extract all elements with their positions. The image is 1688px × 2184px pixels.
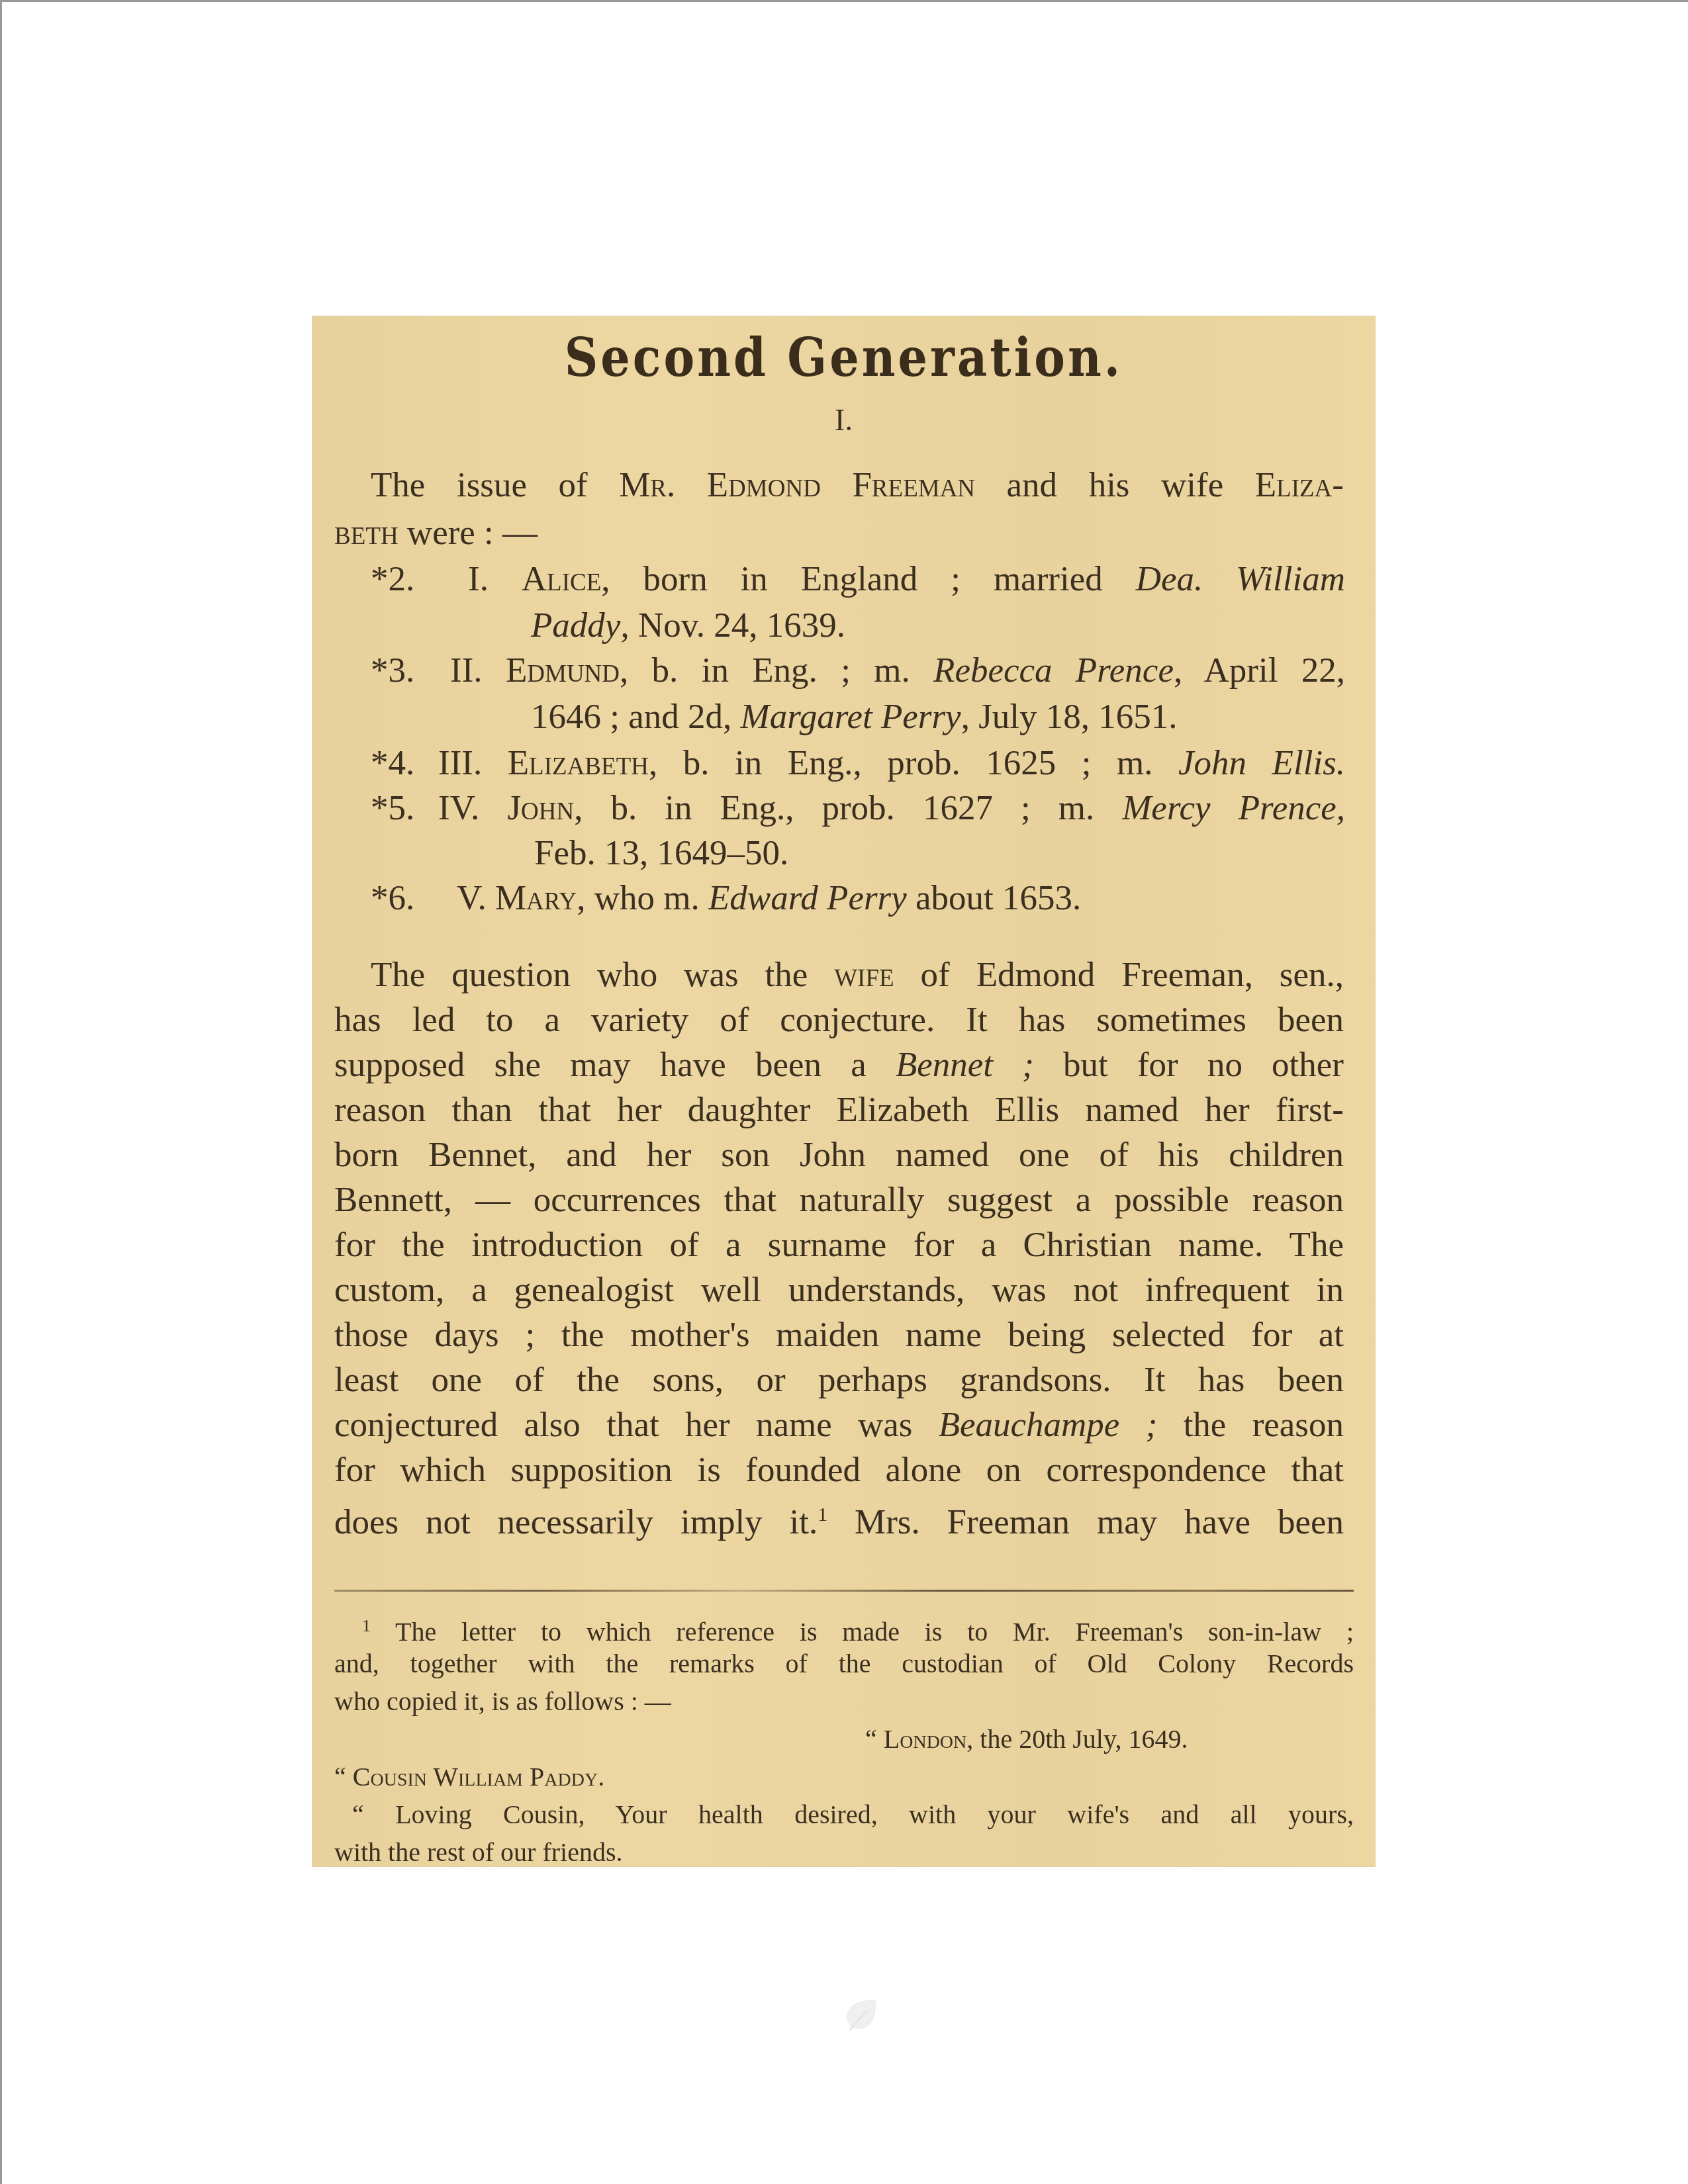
footnote-line-3: who copied it, is as follows : — [334, 1682, 671, 1720]
child-entry-3-text: II. Edmund, b. in Eng. ; m. Rebecca Pren… [450, 647, 1345, 694]
child-entry-2-cont: Paddy, Nov. 24, 1639. [531, 602, 845, 649]
footnote-salutation: “ Cousin William Paddy. [334, 1758, 604, 1796]
page-title: Second Generation. [312, 326, 1375, 388]
body-line-12: for which supposition is founded alone o… [334, 1447, 1344, 1493]
child-entry-3-cont: 1646 ; and 2d, Margaret Perry, July 18, … [531, 694, 1178, 740]
body-line-3: supposed she may have been a Bennet ; bu… [334, 1042, 1344, 1088]
footnote-separator [334, 1590, 1354, 1592]
leaf-icon [841, 1995, 880, 2035]
body-line-5: born Bennet, and her son John named one … [334, 1132, 1344, 1178]
body-line-13: does not necessarily imply it.1 Mrs. Fre… [334, 1492, 1344, 1545]
body-line-10: least one of the sons, or perhaps grands… [334, 1357, 1344, 1403]
footnote-dateline: “ London, the 20th July, 1649. [865, 1720, 1188, 1758]
child-entry-4: *4. [371, 740, 414, 786]
child-entry-6: *6. [371, 875, 414, 921]
footnote-line-6: “ Loving Cousin, Your health desired, wi… [352, 1796, 1354, 1833]
body-line-8: custom, a genealogist well understands, … [334, 1267, 1344, 1313]
footnote-line-2: and, together with the remarks of the cu… [334, 1645, 1354, 1682]
frame-border-top [0, 0, 1688, 2]
intro-line-2: beth were : — [334, 510, 538, 556]
child-entry-6-text: V. Mary, who m. Edward Perry about 1653. [457, 875, 1081, 921]
footnote-marker: 1 [362, 1616, 371, 1635]
footnote-ref[interactable]: 1 [818, 1504, 827, 1525]
intro-line-1: The issue of Mr. Edmond Freeman and his … [371, 462, 1344, 508]
body-line-7: for the introduction of a surname for a … [334, 1222, 1344, 1268]
body-line-1: The question who was the wife of Edmond … [371, 952, 1344, 998]
child-entry-5: *5. [371, 785, 414, 831]
body-line-6: Bennett, — occurrences that naturally su… [334, 1177, 1344, 1223]
scanned-page: Second Generation. I. The issue of Mr. E… [312, 316, 1375, 1866]
child-entry-5-cont: Feb. 13, 1649–50. [534, 830, 788, 876]
frame-border-left [0, 0, 2, 2184]
body-line-9: those days ; the mother's maiden name be… [334, 1312, 1344, 1358]
body-line-4: reason than that her daughter Elizabeth … [334, 1087, 1344, 1133]
section-number: I. [312, 402, 1375, 437]
child-entry-5-text: IV. John, b. in Eng., prob. 1627 ; m. Me… [438, 785, 1345, 831]
body-line-2: has led to a variety of conjecture. It h… [334, 997, 1344, 1043]
child-entry-3: *3. [371, 647, 414, 694]
child-entry-2: *2. [371, 556, 414, 602]
body-line-11: conjectured also that her name was Beauc… [334, 1402, 1344, 1448]
child-entry-2-text: I. Alice, born in England ; married Dea.… [468, 556, 1345, 602]
child-marker: *2. [371, 560, 414, 598]
child-entry-4-text: III. Elizabeth, b. in Eng., prob. 1625 ;… [438, 740, 1345, 786]
footnote-line-7: with the rest of our friends. [334, 1833, 622, 1871]
